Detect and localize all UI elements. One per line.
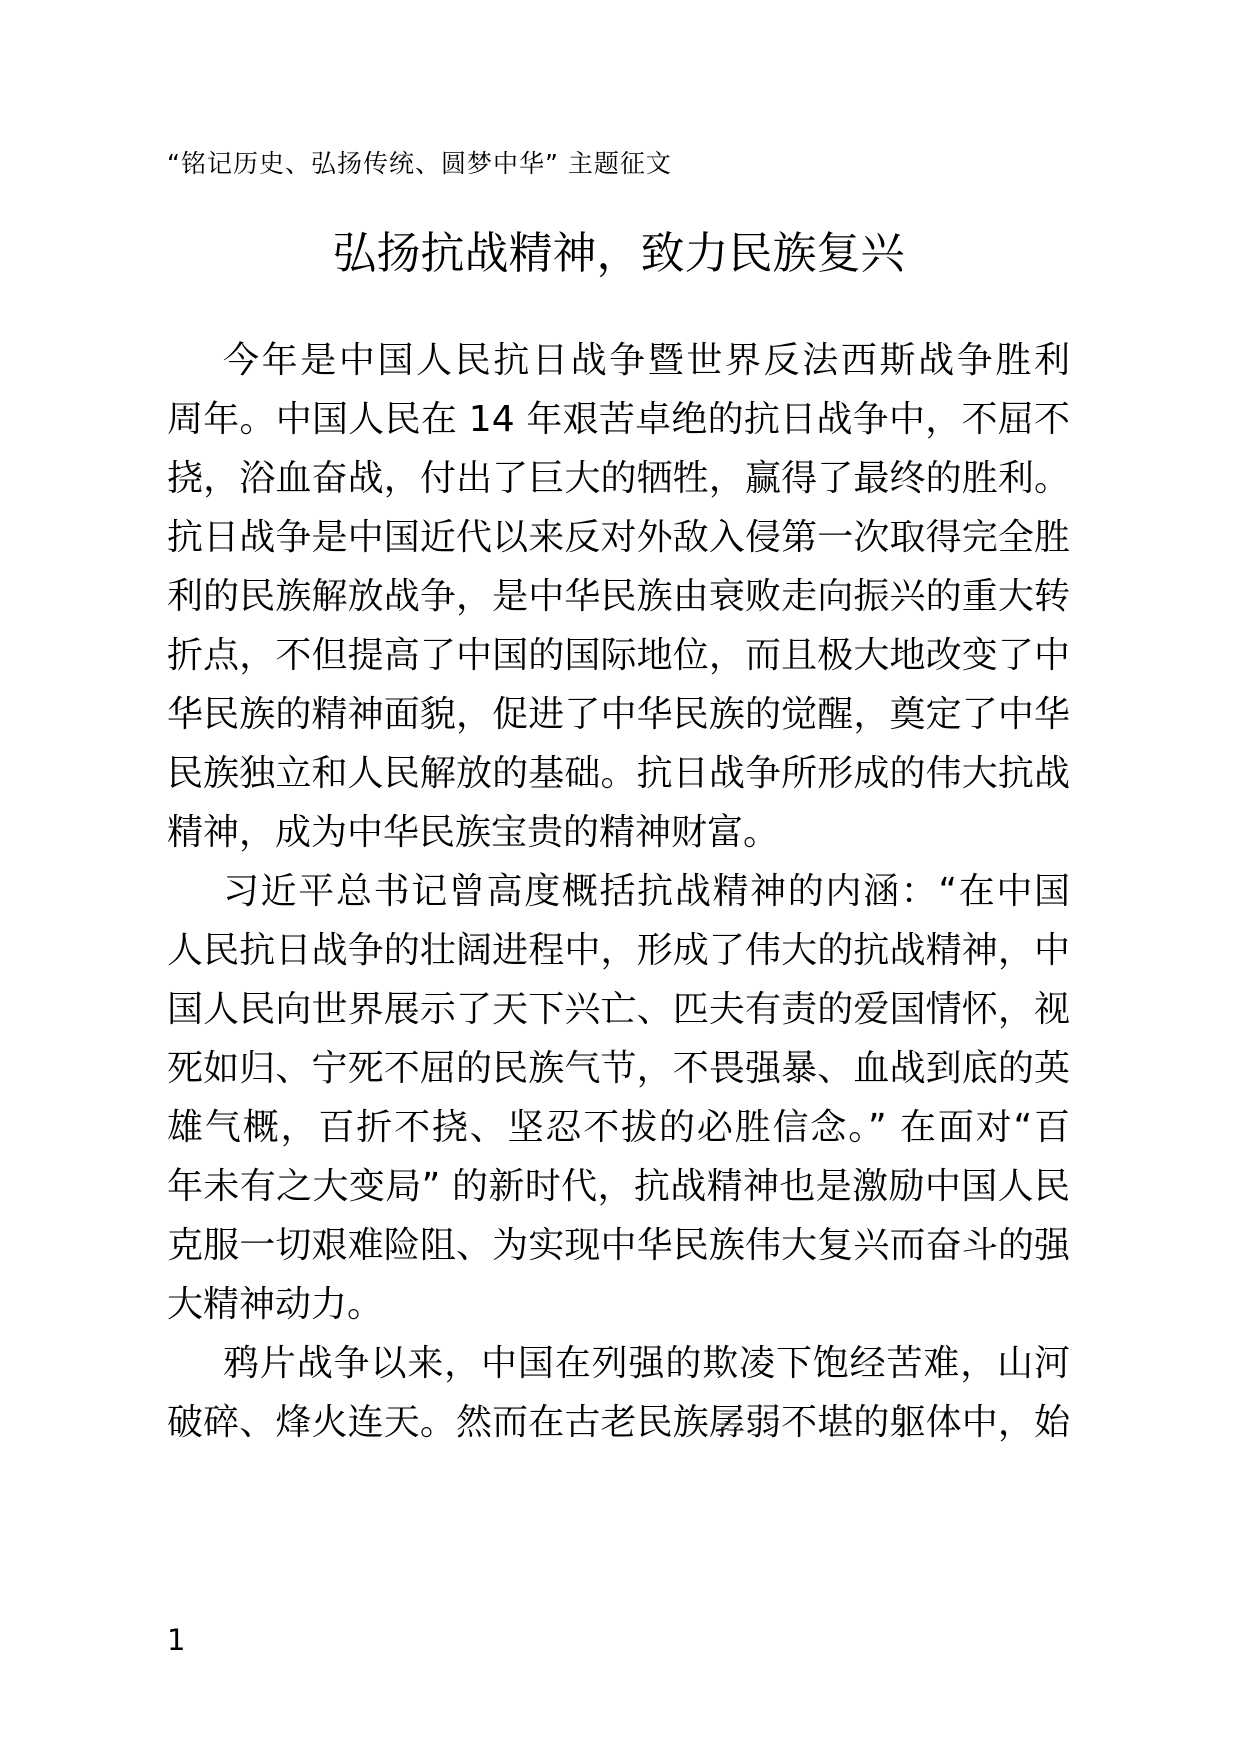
text-line: 克服一切艰难险阻、为实现中华民族伟大复兴而奋斗的强 (167, 1216, 1070, 1275)
paragraph: 鸦片战争以来，中国在列强的欺凌下饱经苦难，山河破碎、烽火连天。然而在古老民族孱弱… (167, 1334, 1070, 1452)
document-title: 弘扬抗战精神，致力民族复兴 (167, 226, 1070, 282)
text-line: 利的民族解放战争，是中华民族由衰败走向振兴的重大转 (167, 567, 1070, 626)
text-line: 人民抗日战争的壮阔进程中，形成了伟大的抗战精神，中 (167, 921, 1070, 980)
text-line: 周年。中国人民在 14 年艰苦卓绝的抗日战争中，不屈不 (167, 390, 1070, 449)
text-line: 华民族的精神面貌，促进了中华民族的觉醒，奠定了中华 (167, 685, 1070, 744)
document-body: 今年是中国人民抗日战争暨世界反法西斯战争胜利 77周年。中国人民在 14 年艰苦… (167, 331, 1070, 1452)
page-number: 1 (167, 1622, 185, 1658)
text-line: 大精神动力。 (167, 1275, 1070, 1334)
paragraph: 习近平总书记曾高度概括抗战精神的内涵：“在中国人民抗日战争的壮阔进程中，形成了伟… (167, 862, 1070, 1334)
document-page: “铭记历史、弘扬传统、圆梦中华” 主题征文 弘扬抗战精神，致力民族复兴 今年是中… (0, 0, 1240, 1754)
text-line: 年未有之大变局” 的新时代，抗战精神也是激励中国人民 (167, 1157, 1070, 1216)
text-line: 雄气概，百折不挠、坚忍不拔的必胜信念。” 在面对“百 (167, 1098, 1070, 1157)
document-subtitle: “铭记历史、弘扬传统、圆梦中华” 主题征文 (167, 148, 672, 180)
paragraph: 今年是中国人民抗日战争暨世界反法西斯战争胜利 77周年。中国人民在 14 年艰苦… (167, 331, 1070, 862)
text-line: 民族独立和人民解放的基础。抗日战争所形成的伟大抗战 (167, 744, 1070, 803)
text-line: 折点，不但提高了中国的国际地位，而且极大地改变了中 (167, 626, 1070, 685)
text-line: 死如归、宁死不屈的民族气节，不畏强暴、血战到底的英 (167, 1039, 1070, 1098)
text-line: 今年是中国人民抗日战争暨世界反法西斯战争胜利 77 (167, 331, 1070, 390)
text-line: 抗日战争是中国近代以来反对外敌入侵第一次取得完全胜 (167, 508, 1070, 567)
text-line: 精神，成为中华民族宝贵的精神财富。 (167, 803, 1070, 862)
text-line: 挠，浴血奋战，付出了巨大的牺牲，赢得了最终的胜利。 (167, 449, 1070, 508)
text-line: 习近平总书记曾高度概括抗战精神的内涵：“在中国 (167, 862, 1070, 921)
text-line: 鸦片战争以来，中国在列强的欺凌下饱经苦难，山河 (167, 1334, 1070, 1393)
text-line: 国人民向世界展示了天下兴亡、匹夫有责的爱国情怀，视 (167, 980, 1070, 1039)
text-line: 破碎、烽火连天。然而在古老民族孱弱不堪的躯体中，始 (167, 1393, 1070, 1452)
